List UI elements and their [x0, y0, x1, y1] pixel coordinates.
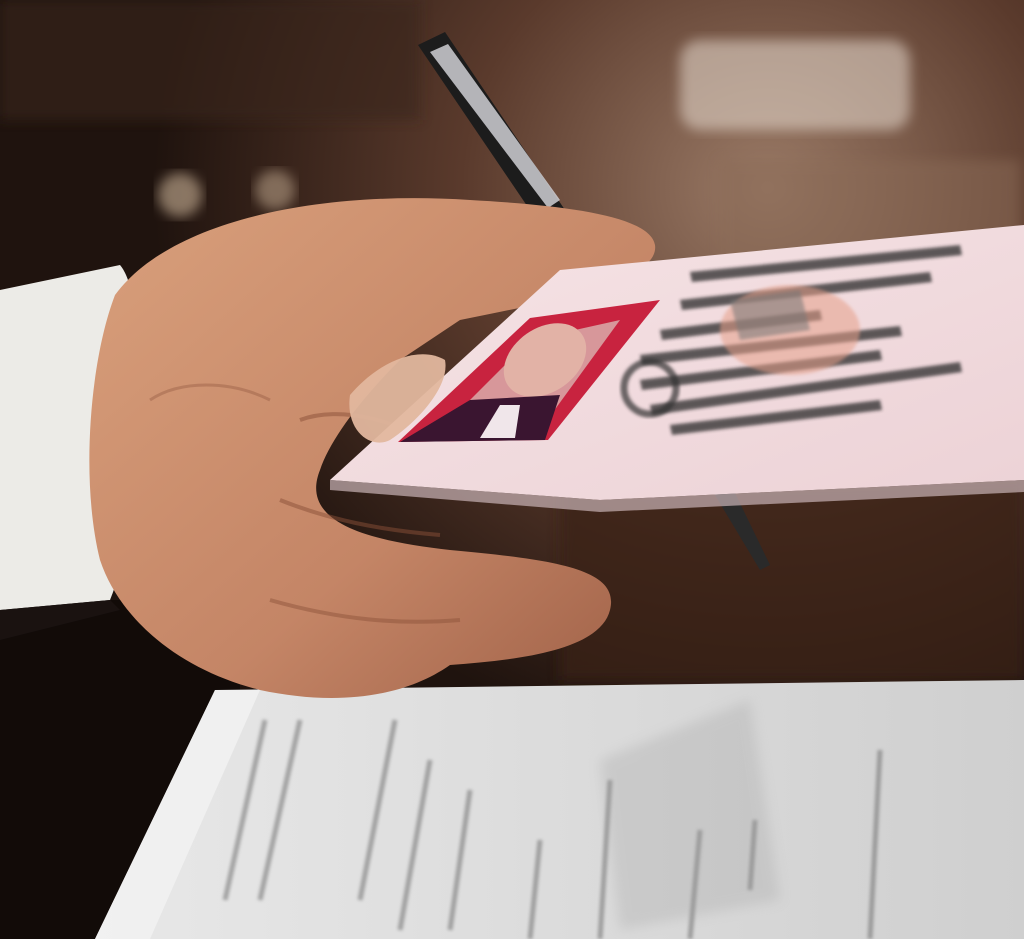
- document: [95, 680, 1024, 939]
- photo-illustration: [0, 0, 1024, 939]
- photo-scene: [0, 0, 1024, 939]
